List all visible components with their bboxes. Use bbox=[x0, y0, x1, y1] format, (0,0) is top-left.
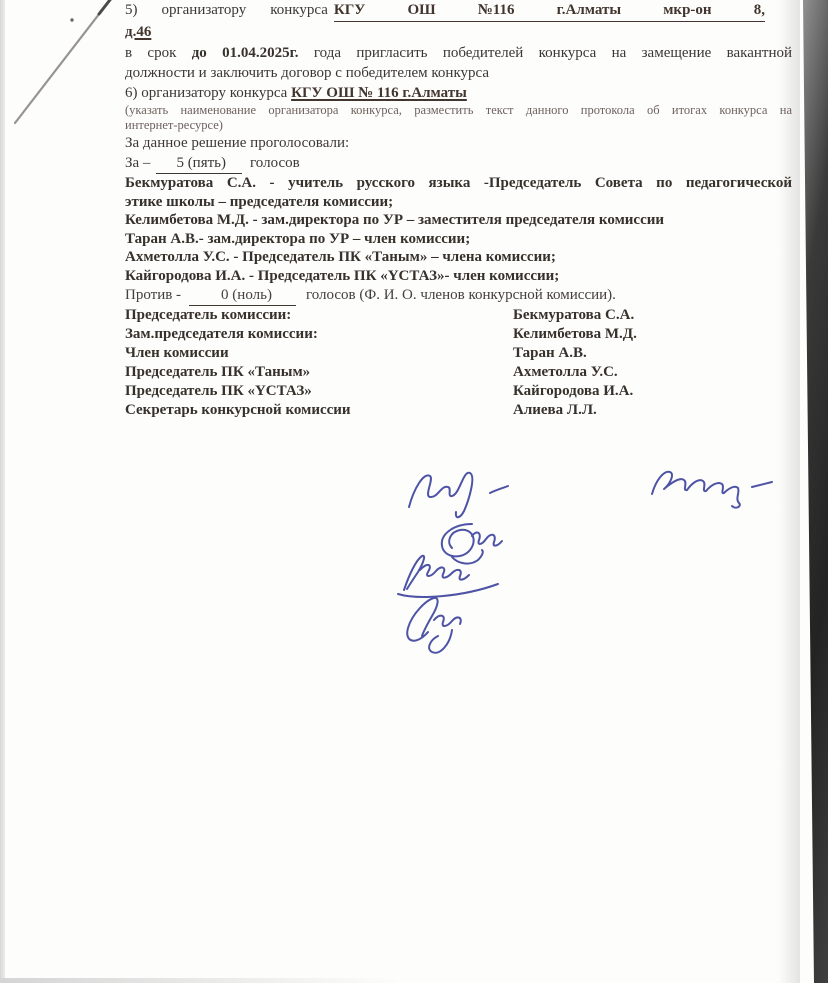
deadline-rest: года пригласить победителей конкурса на … bbox=[314, 45, 792, 61]
document-body: 5) организатору конкурса КГУ ОШ №116 г.А… bbox=[125, 0, 792, 420]
org-word: №116 bbox=[478, 0, 515, 21]
deadline-pre: в срок bbox=[125, 45, 176, 61]
secretary-row: Секретарь конкурсной комиссии Алиева Л.Л… bbox=[125, 401, 792, 420]
signature-person-name: Алиева Л.Л. bbox=[513, 401, 597, 420]
clause-6-line: 6) организатору конкурса КГУ ОШ № 116 г.… bbox=[125, 83, 792, 103]
vote-against-pre: Против - bbox=[125, 287, 181, 303]
clause-5-address-line2: д.46 bbox=[125, 22, 151, 43]
signature-block: Председатель комиссии: Бекмуратова С.А. … bbox=[125, 306, 792, 420]
signature-role-label: Председатель ПК «Таным» bbox=[125, 363, 513, 382]
ink-dot bbox=[70, 18, 73, 21]
clause-5-word: конкурса bbox=[270, 0, 328, 21]
signature-ink-deputy bbox=[442, 524, 502, 564]
signature-role-label: Председатель комиссии: bbox=[125, 306, 513, 325]
org-word: 8, bbox=[754, 0, 765, 21]
signature-role-label: Председатель ПК «ҮСТАЗ» bbox=[125, 382, 513, 401]
clause-6-organizer: КГУ ОШ № 116 г.Алматы bbox=[291, 85, 467, 101]
member-line: Келимбетова М.Д. - зам.директора по УР –… bbox=[125, 211, 792, 230]
commission-members-list: Бекмуратова С.А. - учитель русского язык… bbox=[125, 174, 792, 285]
signature-row: Зам.председателя комиссии: Келимбетова М… bbox=[125, 325, 792, 344]
pen-scratch-line bbox=[15, 0, 113, 123]
scan-left-edge bbox=[0, 0, 5, 983]
signature-row: Председатель ПК «Таным» Ахметолла У.С. bbox=[125, 363, 792, 382]
signature-ink-member bbox=[398, 556, 498, 597]
signature-role-label: Член комиссии bbox=[125, 344, 513, 363]
member-line: Таран А.В.- зам.директора по УР – член к… bbox=[125, 230, 792, 249]
signature-person-name: Бекмуратова С.А. bbox=[513, 306, 634, 325]
signature-row: Председатель комиссии: Бекмуратова С.А. bbox=[125, 306, 792, 325]
deadline-line2: должности и заключить договор с победите… bbox=[125, 63, 792, 83]
org-word: КГУ bbox=[334, 0, 365, 21]
org-word: г.Алматы bbox=[557, 0, 621, 21]
vote-intro: За данное решение проголосовали: bbox=[125, 133, 792, 153]
deadline-date-bold: до 01.04.2025г. bbox=[192, 45, 299, 61]
vote-for-pre: За – bbox=[125, 155, 150, 171]
signature-person-name: Таран А.В. bbox=[513, 344, 587, 363]
signature-person-name: Ахметолла У.С. bbox=[513, 363, 618, 382]
clause-5-word: организатору bbox=[162, 0, 247, 21]
clause-5-line1: 5) организатору конкурса КГУ ОШ №116 г.А… bbox=[125, 0, 792, 22]
signature-ink-right bbox=[652, 472, 772, 508]
scan-bottom-edge bbox=[0, 978, 400, 983]
deadline-line1: в срок до 01.04.2025г. года пригласить п… bbox=[125, 43, 792, 63]
vote-for-post: голосов bbox=[250, 155, 300, 171]
vote-for-line: За –5 (пять)голосов bbox=[125, 153, 792, 174]
signature-row: Председатель ПК «ҮСТАЗ» Кайгородова И.А. bbox=[125, 382, 792, 401]
member-line: Бекмуратова С.А. - учитель русского язык… bbox=[125, 174, 792, 193]
vote-against-post: голосов (Ф. И. О. членов конкурсной коми… bbox=[306, 287, 616, 303]
member-line: Ахметолла У.С. - Председатель ПК «Таным»… bbox=[125, 248, 792, 267]
scanned-document-page: 5) организатору конкурса КГУ ОШ №116 г.А… bbox=[0, 0, 828, 983]
member-line: этике школы – председателя комиссии; bbox=[125, 193, 792, 212]
signature-role-label: Зам.председателя комиссии: bbox=[125, 325, 513, 344]
clause-6-pre: 6) организатору конкурса bbox=[125, 85, 287, 101]
signature-person-name: Келимбетова М.Д. bbox=[513, 325, 637, 344]
signature-row: Член комиссии Таран А.В. bbox=[125, 344, 792, 363]
signature-person-name: Кайгородова И.А. bbox=[513, 382, 633, 401]
organizer-name-underlined: КГУ ОШ №116 г.Алматы мкр-он 8, bbox=[334, 0, 765, 22]
signature-ink-secretary bbox=[407, 598, 461, 653]
member-line: Кайгородова И.А. - Председатель ПК «ҮСТА… bbox=[125, 267, 792, 286]
signatures-ink bbox=[398, 472, 772, 653]
signature-ink-chair bbox=[409, 473, 508, 518]
signature-role-label: Секретарь конкурсной комиссии bbox=[125, 401, 513, 420]
vote-against-value: 0 (ноль) bbox=[189, 285, 296, 306]
org-word: мкр-он bbox=[663, 0, 711, 21]
vote-against-line: Против -0 (ноль)голосов (Ф. И. О. членов… bbox=[125, 285, 792, 306]
clause-number: 5) bbox=[125, 0, 138, 21]
note-line1: (указать наименование организатора конку… bbox=[125, 103, 792, 118]
org-word: ОШ bbox=[407, 0, 435, 21]
vote-for-value: 5 (пять) bbox=[156, 153, 242, 174]
note-line2: интернет-ресурсе) bbox=[125, 118, 792, 133]
